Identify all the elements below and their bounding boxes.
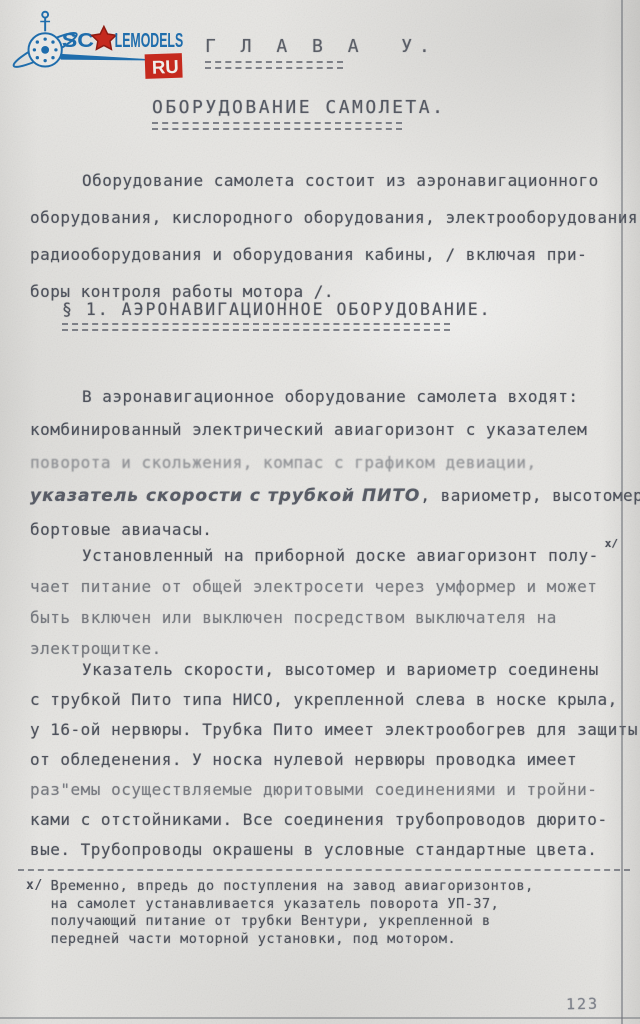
paragraph-pitot-system: Указатель скорости, высотомер и вариомет…: [30, 655, 626, 865]
document-title-underline: [152, 122, 402, 130]
typed-continuation: , вариометр, высотомер и: [420, 486, 640, 505]
chapter-underline: [205, 61, 343, 69]
text-line: быть включен или выключен посредством вы…: [30, 602, 626, 633]
text-line: с трубкой Пито типа НИСО, укрепленной сл…: [30, 685, 626, 715]
paragraph-intro: Оборудование самолета состоит из аэронав…: [30, 162, 626, 310]
footnote-reference-mark: х/: [605, 537, 618, 550]
footnote-line: передней части моторной установки, под м…: [51, 931, 534, 949]
text-line: поворота и скольжения, компас с графиком…: [30, 446, 626, 479]
paragraph-artificial-horizon: Установленный на приборной доске авиагор…: [30, 528, 626, 664]
document-title: ОБОРУДОВАНИЕ САМОЛЕТА.: [152, 97, 445, 118]
text-line-with-handwriting: указатель скорости с трубкой ПИТО, варио…: [30, 479, 626, 513]
text-line: В аэронавигационное оборудование самолет…: [30, 380, 626, 413]
scanned-document-page: SC LEMODELS RU Г Л А В А У. ОБОРУДОВАНИЕ…: [0, 0, 640, 1024]
text-line: Оборудование самолета состоит из аэронав…: [30, 162, 626, 199]
text-line: чает питание от общей электросети через …: [30, 571, 626, 602]
text-line: радиооборудования и оборудования кабины,…: [30, 236, 626, 273]
scan-edge-bottom-line: [0, 1017, 640, 1019]
brand-text-lemodels: LEMODELS: [115, 29, 184, 52]
footnote-block: х/ Временно, впредь до поступления на за…: [26, 878, 620, 948]
chapter-title: Г Л А В А У.: [205, 36, 437, 57]
brand-text-ru: RU: [152, 56, 180, 78]
section-heading-block: § 1. АЭРОНАВИГАЦИОННОЕ ОБОРУДОВАНИЕ.: [62, 300, 492, 331]
handwritten-insert: указатель скорости с трубкой ПИТО: [30, 486, 420, 506]
text-line: оборудования, кислородного оборудования,…: [30, 199, 626, 236]
brand-tld-badge: RU: [145, 53, 183, 79]
scalemodels-ru-logo: SC LEMODELS RU: [6, 4, 192, 86]
footnote-line: получающий питание от трубки Вентури, ук…: [51, 913, 534, 931]
typed-text: Установленный на приборной доске авиагор…: [82, 546, 599, 565]
scan-edge-vertical-line: [621, 0, 623, 1024]
text-line: у 16-ой нервюры. Трубка Пито имеет элект…: [30, 715, 626, 745]
text-line: от обледенения. У носка нулевой нервюры …: [30, 745, 626, 775]
footnote-line: Временно, впредь до поступления на завод…: [51, 878, 534, 896]
star-icon: [92, 26, 116, 49]
text-line: вые. Трубопроводы окрашены в условные ст…: [30, 835, 626, 865]
section-title-underline: [62, 323, 450, 331]
paragraph-nav-equipment: В аэронавигационное оборудование самолет…: [30, 380, 626, 546]
footnote-line: на самолет устанавливается указатель пов…: [51, 896, 534, 914]
section-title: § 1. АЭРОНАВИГАЦИОННОЕ ОБОРУДОВАНИЕ.: [62, 300, 492, 319]
text-line: ками с отстойниками. Все соединения труб…: [30, 805, 626, 835]
footnote-marker: х/: [26, 878, 51, 948]
footnote-separator: [18, 869, 630, 871]
text-line: Установленный на приборной доске авиагор…: [30, 528, 626, 571]
document-title-block: ОБОРУДОВАНИЕ САМОЛЕТА.: [152, 97, 445, 130]
text-line: раз"емы осуществляемые дюритовыми соедин…: [30, 775, 626, 805]
footnote-text: Временно, впредь до поступления на завод…: [51, 878, 534, 948]
chapter-heading: Г Л А В А У.: [205, 36, 437, 69]
brand-text-sc: SC: [62, 29, 94, 52]
page-number: 123: [566, 995, 599, 1014]
text-line: Указатель скорости, высотомер и вариомет…: [30, 655, 626, 685]
text-line: комбинированный электрический авиагоризо…: [30, 413, 626, 446]
